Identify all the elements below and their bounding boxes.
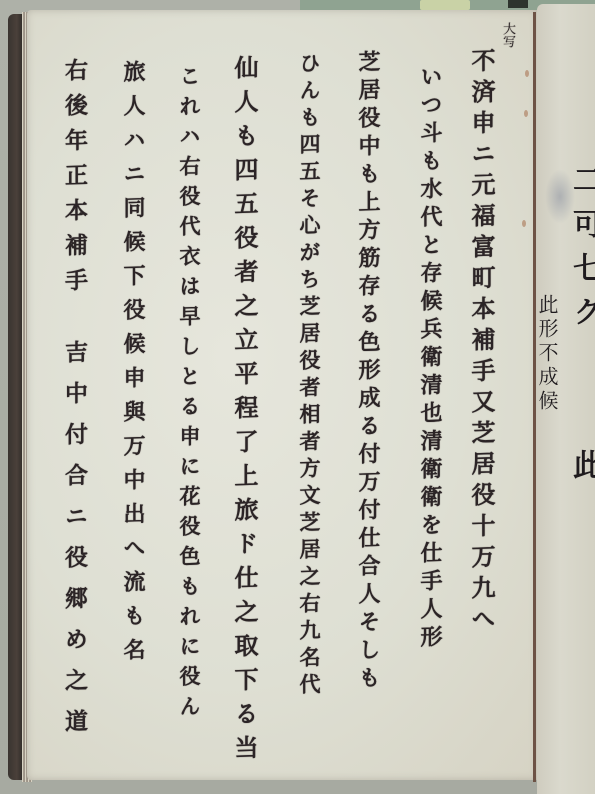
text-column-2: いつ斗も水代と存候兵衛清也清衛衛を仕手人形 bbox=[419, 65, 441, 654]
text-column-7: 旅人ハニ同候下役候申與万中出へ流も名 bbox=[122, 60, 144, 673]
text-column-3: 芝居役中も上方筋存る色形成る付万付仕合人そしも bbox=[357, 50, 379, 695]
text-column-4: ひんも四五そ心がち芝居役者相者方文芝居之右九名代 bbox=[299, 52, 320, 701]
paper-stain bbox=[525, 70, 529, 77]
marginal-note: 大写 bbox=[501, 22, 514, 48]
page-gutter bbox=[533, 12, 536, 782]
paper-stain bbox=[524, 110, 528, 117]
facing-text-column-3: 此 bbox=[569, 449, 595, 479]
text-column-5: 仙人も四五役者之立平程了上旅ド仕之取下る当 bbox=[232, 55, 256, 770]
manuscript-page: 大写 不済申ニ元福富町本補手又芝居役十万九へ いつ斗も水代と存候兵衛清也清衛衛を… bbox=[27, 10, 537, 780]
facing-text-column-2: 此形不成候 bbox=[537, 294, 557, 414]
facing-text-column-1: 二可七ク bbox=[569, 164, 595, 340]
text-column-1: 不済申ニ元福富町本補手又芝居役十万九へ bbox=[469, 48, 493, 638]
text-column-8: 右後年正本補手 bbox=[63, 58, 86, 304]
text-column-9: 吉中付合ニ役郷め之道 bbox=[63, 340, 86, 751]
dark-object bbox=[508, 0, 528, 8]
paper-tab bbox=[420, 0, 470, 10]
paper-stain bbox=[522, 220, 526, 227]
facing-page: 二可七ク 此形不成候 此 bbox=[537, 4, 595, 794]
text-column-6: これハ右役代衣は早しとる申に花役色もれに役ん bbox=[179, 65, 200, 726]
